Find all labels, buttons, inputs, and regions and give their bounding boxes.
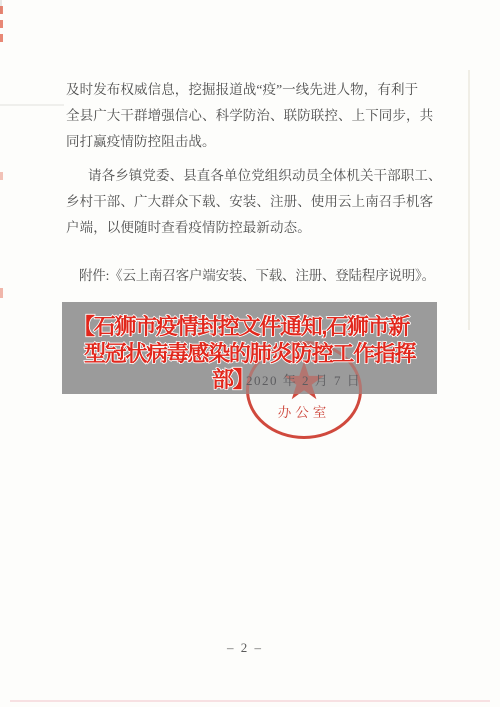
paragraph-line: 同打赢疫情防控阻击战。 <box>66 129 433 155</box>
paragraph-line: 乡村干部、广大群众下载、安装、注册、使用云上南召手机客 <box>66 189 442 215</box>
seal-office-label: 办公室 <box>278 401 331 421</box>
scan-red-tick <box>0 288 3 298</box>
document-page: 及时发布权威信息，挖掘报道战“疫”一线先进人物，有利于 全县广大干群增强信心、科… <box>0 0 500 707</box>
attachment-line: 附件:《云上南召客户端安装、下载、注册、登陆程序说明》。 <box>79 266 435 286</box>
paragraph-1: 及时发布权威信息，挖掘报道战“疫”一线先进人物，有利于 全县广大干群增强信心、科… <box>66 77 433 155</box>
scan-red-tick <box>0 172 3 180</box>
paragraph-line: 全县广大干群增强信心、科学防治、联防联控、上下同步，共 <box>66 103 433 129</box>
scan-red-tick <box>0 34 3 42</box>
paragraph-2: 请各乡镇党委、县直各单位党组织动员全体机关干部职工、 乡村干部、广大群众下载、安… <box>66 163 442 241</box>
headline-caption-line: 部】 <box>212 363 253 394</box>
scan-red-tick <box>0 6 3 14</box>
scan-line-artifact <box>0 104 64 106</box>
scan-line-artifact <box>468 70 470 330</box>
document-date: 2020 年 2 月 7 日 <box>246 370 361 389</box>
scan-red-tick <box>0 20 3 28</box>
paragraph-line: 及时发布权威信息，挖掘报道战“疫”一线先进人物，有利于 <box>66 77 433 103</box>
paragraph-line: 请各乡镇党委、县直各单位党组织动员全体机关干部职工、 <box>66 163 442 189</box>
paragraph-line: 户端，以便随时查看疫情防控最新动态。 <box>66 215 442 241</box>
